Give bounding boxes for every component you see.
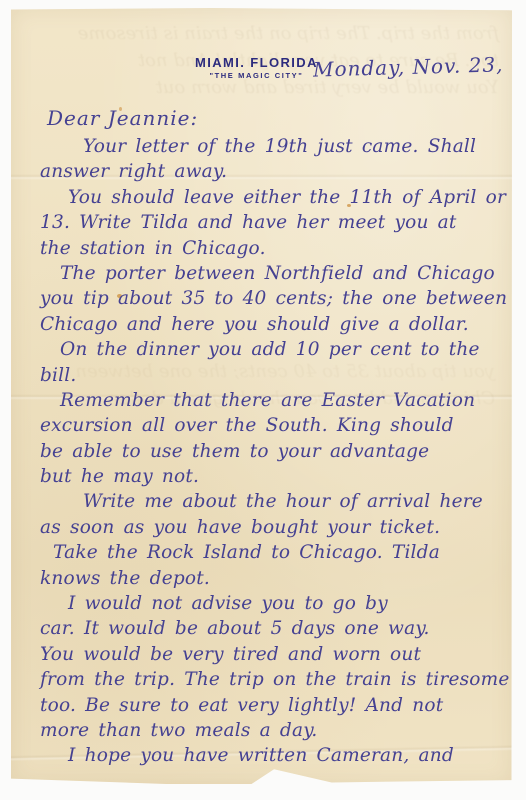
letterhead-city: MIAMI. FLORIDA	[195, 55, 318, 70]
salutation: Dear Jeannie:	[40, 102, 506, 134]
letter-line: 13. Write Tilda and have her meet you at	[40, 210, 506, 235]
letter-line: too. Be sure to eat very lightly! And no…	[40, 693, 506, 718]
letter-line: answer right away.	[40, 159, 506, 184]
letter-line: Write me about the hour of arrival here	[40, 489, 506, 514]
letter-line: bill.	[40, 363, 506, 388]
letter-line: car. It would be about 5 days one way.	[40, 616, 506, 641]
letter-line: On the dinner you add 10 per cent to the	[40, 337, 506, 362]
handwritten-date: Monday, Nov. 23, 1931.	[313, 50, 512, 81]
letter-body: Dear Jeannie: Your letter of the 19th ju…	[40, 102, 506, 769]
letter-line: as soon as you have bought your ticket.	[40, 515, 506, 540]
letter-line: Take the Rock Island to Chicago. Tilda	[40, 540, 506, 565]
letter-line: the station in Chicago.	[40, 236, 506, 261]
letter-paper: from the trip. The trip on the train is …	[11, 8, 512, 784]
letter-line: The porter between Northfield and Chicag…	[40, 261, 506, 286]
letter-line: I hope you have written Cameran, and	[40, 743, 506, 768]
letterhead-tagline: "THE MAGIC CITY"	[195, 71, 318, 80]
letter-line: You would be very tired and worn out	[40, 642, 506, 667]
letter-line: more than two meals a day.	[40, 718, 506, 743]
letterhead: MIAMI. FLORIDA "THE MAGIC CITY"	[195, 55, 318, 80]
ghost-text-line: from the trip. The trip on the train is …	[29, 20, 499, 47]
letter-line: but he may not.	[40, 464, 506, 489]
letter-line: you tip about 35 to 40 cents; the one be…	[40, 286, 506, 311]
letter-line: Chicago and here you should give a dolla…	[40, 312, 506, 337]
letter-line: from the trip. The trip on the train is …	[40, 667, 506, 692]
letter-line: You should leave either the 11th of Apri…	[40, 185, 506, 210]
letter-line: be able to use them to your advantage	[40, 439, 506, 464]
letter-line: I would not advise you to go by	[40, 591, 506, 616]
letter-line: Remember that there are Easter Vacation	[40, 388, 506, 413]
letter-line: Your letter of the 19th just came. Shall	[40, 134, 506, 159]
letter-line: excursion all over the South. King shoul…	[40, 413, 506, 438]
letter-line: knows the depot.	[40, 566, 506, 591]
scanned-letter-photo: from the trip. The trip on the train is …	[0, 0, 526, 800]
